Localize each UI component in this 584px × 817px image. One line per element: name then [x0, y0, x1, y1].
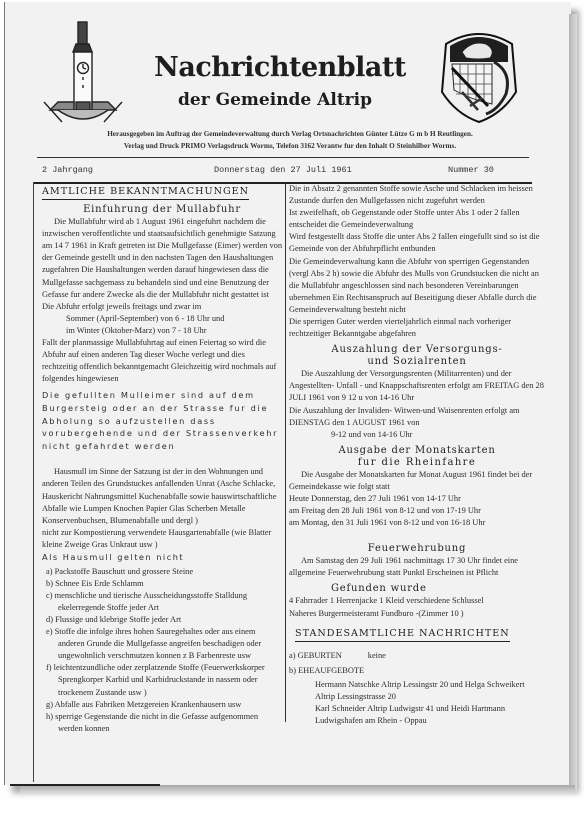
schedule-intro: Die Abfuhr erfolgt jeweils freitags und …	[42, 301, 282, 313]
births-row: a) GEBURTENkeine	[289, 650, 545, 662]
article-title-waste-collection: Einfuhrung der Mullabfuhr	[42, 204, 282, 216]
continuation-paragraph: Ist zweifelhaft, ob Gegenstande oder Sto…	[289, 207, 545, 231]
exclusion-item: d) Flussige und klebrige Stoffe jeder Ar…	[42, 614, 282, 626]
exclusion-item: g) Abfalle aus Fabriken Metzgereien Kran…	[42, 699, 282, 711]
exclusion-item: c) menschliche und tierische Ausscheidun…	[42, 590, 282, 614]
exclusions-heading: Als Hausmull gelten nicht	[42, 551, 282, 564]
section-heading-registry: STANDESAMTLICHE NACHRICHTEN	[295, 628, 510, 642]
births-label: a) GEBURTEN	[289, 651, 342, 660]
schedule-summer: Sommer (April-September) von 6 - 18 Uhr …	[42, 313, 282, 325]
exclusion-item: f) leichtentzundliche oder zerplatzende …	[42, 662, 282, 698]
found-items-line-2: Naheres Burgermeisteramt Fundburo -(Zimm…	[289, 608, 545, 620]
tickets-intro: Die Ausgabe der Monatskarten fur Monat A…	[289, 469, 545, 493]
bin-placement-notice: Die gefullten Mulleimer sind auf dem Bur…	[42, 389, 282, 452]
exclusion-item: a) Packstoffe Bauschutt und grossere Ste…	[42, 566, 282, 578]
left-column: AMTLICHE BEKANNTMACHUNGEN Einfuhrung der…	[42, 186, 282, 735]
volume-label: 2 Jahrgang	[42, 165, 93, 175]
pensions-title-line-2: und Sozialrenten	[289, 356, 545, 368]
banns-entry: Karl Schneider Altrip Ludwigstr 41 und H…	[289, 703, 545, 727]
masthead-subtitle: der Gemeinde Altrip	[160, 90, 390, 110]
page-shadow-right	[569, 14, 577, 794]
found-items-line-1: 4 Fahrrader 1 Herrenjacke 1 Kleid versch…	[289, 595, 545, 607]
continuation-paragraph: Die Gemeindeverwaltung kann die Abfuhr v…	[289, 256, 545, 316]
pensions-paragraph-2: Die Auszahlung der Invaliden- Witwen-und…	[289, 405, 545, 429]
publisher-line-1: Herausgegeben im Auftrag der Gemeindever…	[60, 128, 520, 140]
right-column: Die in Absatz 2 genannten Stoffe sowie A…	[289, 183, 545, 727]
coat-of-arms-icon	[432, 22, 526, 126]
continuation-paragraph: Die sperrigen Guter werden vierteljahrli…	[289, 316, 545, 340]
left-border	[33, 182, 34, 782]
article-intro: Die Mullabfuhr wird ab 1 August 1961 ein…	[42, 216, 282, 301]
found-items-title: Gefunden wurde	[289, 583, 545, 595]
publisher-info: Herausgegeben im Auftrag der Gemeindever…	[60, 128, 520, 152]
holiday-note: Fallt der planmassige Mullabfuhrtag auf …	[42, 337, 282, 385]
page-shadow-bottom	[20, 785, 575, 795]
continuation-paragraph: Die in Absatz 2 genannten Stoffe sowie A…	[289, 183, 545, 207]
births-value: keine	[368, 651, 386, 660]
pensions-times: 9-12 und von 14-16 Uhr	[289, 429, 545, 441]
column-separator	[285, 182, 286, 722]
schedule-winter: im Winter (Oktober-Marz) von 7 - 18 Uhr	[42, 325, 282, 337]
issue-number: Nummer 30	[448, 165, 494, 175]
bottom-rule	[10, 784, 160, 786]
issue-date: Donnerstag den 27 Juli 1961	[214, 165, 352, 175]
tickets-time: am Freitag den 28 Juli 1961 von 8-12 und…	[289, 505, 545, 517]
fire-drill-text: Am Samstag den 29 Juli 1961 nachmittags …	[289, 555, 545, 579]
clock-tower-icon	[36, 16, 132, 128]
section-heading-official: AMTLICHE BEKANNTMACHUNGEN	[42, 186, 249, 200]
fire-drill-title: Feuerwehrubung	[289, 543, 545, 555]
banns-entry: Hermann Natschke Altrip Lessingstr 20 un…	[289, 679, 545, 703]
tickets-time: Heute Donnerstag, den 27 Juli 1961 von 1…	[289, 493, 545, 505]
banns-label: b) EHEAUFGEBOTE	[289, 665, 545, 677]
exclusion-item: h) sperrige Gegenstande die nicht in die…	[42, 711, 282, 735]
continuation-paragraph: Wird festgestellt dass Stoffe die unter …	[289, 231, 545, 255]
compost-note: nicht zur Kompostierung verwendete Hausg…	[42, 527, 282, 551]
tickets-time: am Montag, den 31 Juli 1961 von 8-12 und…	[289, 517, 545, 529]
header-rule	[37, 157, 529, 158]
masthead-title: Nachrichtenblatt	[150, 52, 410, 83]
exclusion-item: e) Stoffe die infolge ihres hohen Saureg…	[42, 626, 282, 662]
tickets-title-line-2: fur die Rheinfahre	[289, 457, 545, 469]
exclusion-item: b) Schnee Eis Erde Schlamm	[42, 578, 282, 590]
pensions-title-line-1: Auszahlung der Versorgungs-	[289, 344, 545, 356]
hausmull-definition: Hausmull im Sinne der Satzung ist der in…	[42, 466, 282, 526]
publisher-line-2: Verlag und Druck PRIMO Verlagsdruck Worm…	[60, 140, 520, 152]
tickets-title-line-1: Ausgabe der Monatskarten	[289, 445, 545, 457]
pensions-paragraph-1: Die Auszahlung der Versorgungsrenten (Mi…	[289, 368, 545, 404]
